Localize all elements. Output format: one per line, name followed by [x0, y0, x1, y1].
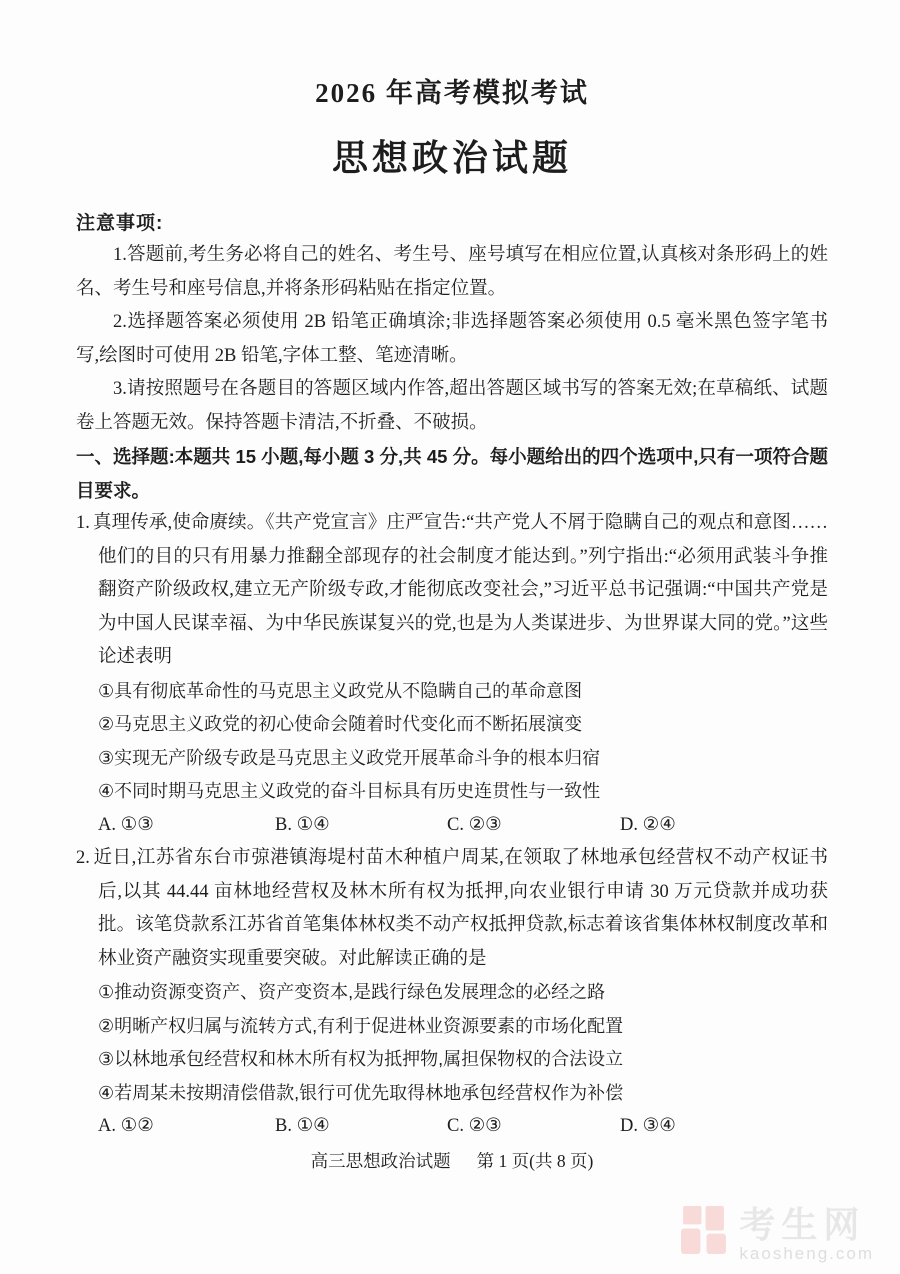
watermark-site-domain: kaosheng.com — [739, 1244, 874, 1264]
question-1-number: 1. — [76, 513, 93, 533]
question-2-choices: A. ①② B. ①④ C. ②③ D. ③④ — [76, 1110, 828, 1144]
notice-heading: 注意事项: — [76, 208, 828, 239]
question-2-option-2: ②明晰产权归属与流转方式,有利于促进林业资源要素的市场化配置 — [76, 1010, 828, 1044]
question-1-choices: A. ①③ B. ①④ C. ②③ D. ②④ — [76, 809, 828, 843]
question-2-stem: 2.近日,江苏省东台市弶港镇海堤村苗木种植户周某,在领取了林地承包经营权不动产权… — [76, 842, 828, 976]
question-1-option-2: ②马克思主义政党的初心使命会随着时代变化而不断拓展演变 — [76, 708, 828, 742]
notice-item-3: 3.请按照题号在各题目的答题区域内作答,超出答题区域书写的答案无效;在草稿纸、试… — [76, 373, 828, 440]
notice-item-1: 1.答题前,考生务必将自己的姓名、考生号、座号填写在相应位置,认真核对条形码上的… — [76, 239, 828, 306]
kaosheng-watermark: 考生网 kaosheng.com — [681, 1206, 874, 1264]
footer-page-number: 第 1 页(共 8 页) — [477, 1151, 594, 1171]
question-1-choice-d: D. ②④ — [620, 809, 676, 843]
logo-block — [683, 1206, 701, 1224]
question-1-stem-text: 真理传承,使命赓续。《共产党宣言》庄严宣告:“共产党人不屑于隐瞒自己的观点和意图… — [93, 513, 828, 667]
notice-item-2: 2.选择题答案必须使用 2B 铅笔正确填涂;非选择题答案必须使用 0.5 毫米黑… — [76, 306, 828, 373]
question-1-choice-a: A. ①③ — [98, 809, 275, 843]
question-2: 2.近日,江苏省东台市弶港镇海堤村苗木种植户周某,在领取了林地承包经营权不动产权… — [76, 842, 828, 1144]
question-2-option-4: ④若周某未按期清偿借款,银行可优先取得林地承包经营权作为补偿 — [76, 1077, 828, 1111]
question-1-choice-c: C. ②③ — [447, 809, 620, 843]
question-2-choice-b: B. ①④ — [275, 1110, 447, 1144]
logo-block — [681, 1228, 700, 1254]
logo-block — [706, 1206, 724, 1231]
exam-subject-title: 思想政治试题 — [76, 134, 828, 182]
question-1: 1.真理传承,使命赓续。《共产党宣言》庄严宣告:“共产党人不屑于隐瞒自己的观点和… — [76, 507, 828, 842]
exam-title: 2026 年高考模拟考试 — [76, 76, 828, 110]
question-1-choice-b: B. ①④ — [275, 809, 447, 843]
question-1-stem: 1.真理传承,使命赓续。《共产党宣言》庄严宣告:“共产党人不屑于隐瞒自己的观点和… — [76, 507, 828, 675]
logo-block — [707, 1234, 726, 1254]
question-2-number: 2. — [76, 848, 93, 868]
footer-paper-name: 高三思想政治试题 — [311, 1151, 451, 1171]
question-2-choice-a: A. ①② — [98, 1110, 275, 1144]
watermark-site-name: 考生网 — [739, 1206, 874, 1244]
page-footer: 高三思想政治试题第 1 页(共 8 页) — [76, 1145, 828, 1178]
notice-list: 1.答题前,考生务必将自己的姓名、考生号、座号填写在相应位置,认真核对条形码上的… — [76, 239, 828, 440]
section-heading-choice: 一、选择题:本题共 15 小题,每小题 3 分,共 45 分。每小题给出的四个选… — [76, 440, 828, 507]
question-2-stem-text: 近日,江苏省东台市弶港镇海堤村苗木种植户周某,在领取了林地承包经营权不动产权证书… — [93, 848, 828, 969]
question-2-option-1: ①推动资源变资产、资产变资本,是践行绿色发展理念的必经之路 — [76, 976, 828, 1010]
question-2-choice-d: D. ③④ — [620, 1110, 676, 1144]
question-1-option-4: ④不同时期马克思主义政党的奋斗目标具有历史连贯性与一致性 — [76, 775, 828, 809]
question-2-option-3: ③以林地承包经营权和林木所有权为抵押物,属担保物权的合法设立 — [76, 1043, 828, 1077]
watermark-text: 考生网 kaosheng.com — [739, 1206, 874, 1264]
question-1-option-1: ①具有彻底革命性的马克思主义政党从不隐瞒自己的革命意图 — [76, 675, 828, 709]
exam-paper-page: 2026 年高考模拟考试 思想政治试题 注意事项: 1.答题前,考生务必将自己的… — [0, 0, 900, 1178]
question-2-choice-c: C. ②③ — [447, 1110, 620, 1144]
kaosheng-logo-icon — [681, 1206, 727, 1255]
question-1-option-3: ③实现无产阶级专政是马克思主义政党开展革命斗争的根本归宿 — [76, 742, 828, 776]
